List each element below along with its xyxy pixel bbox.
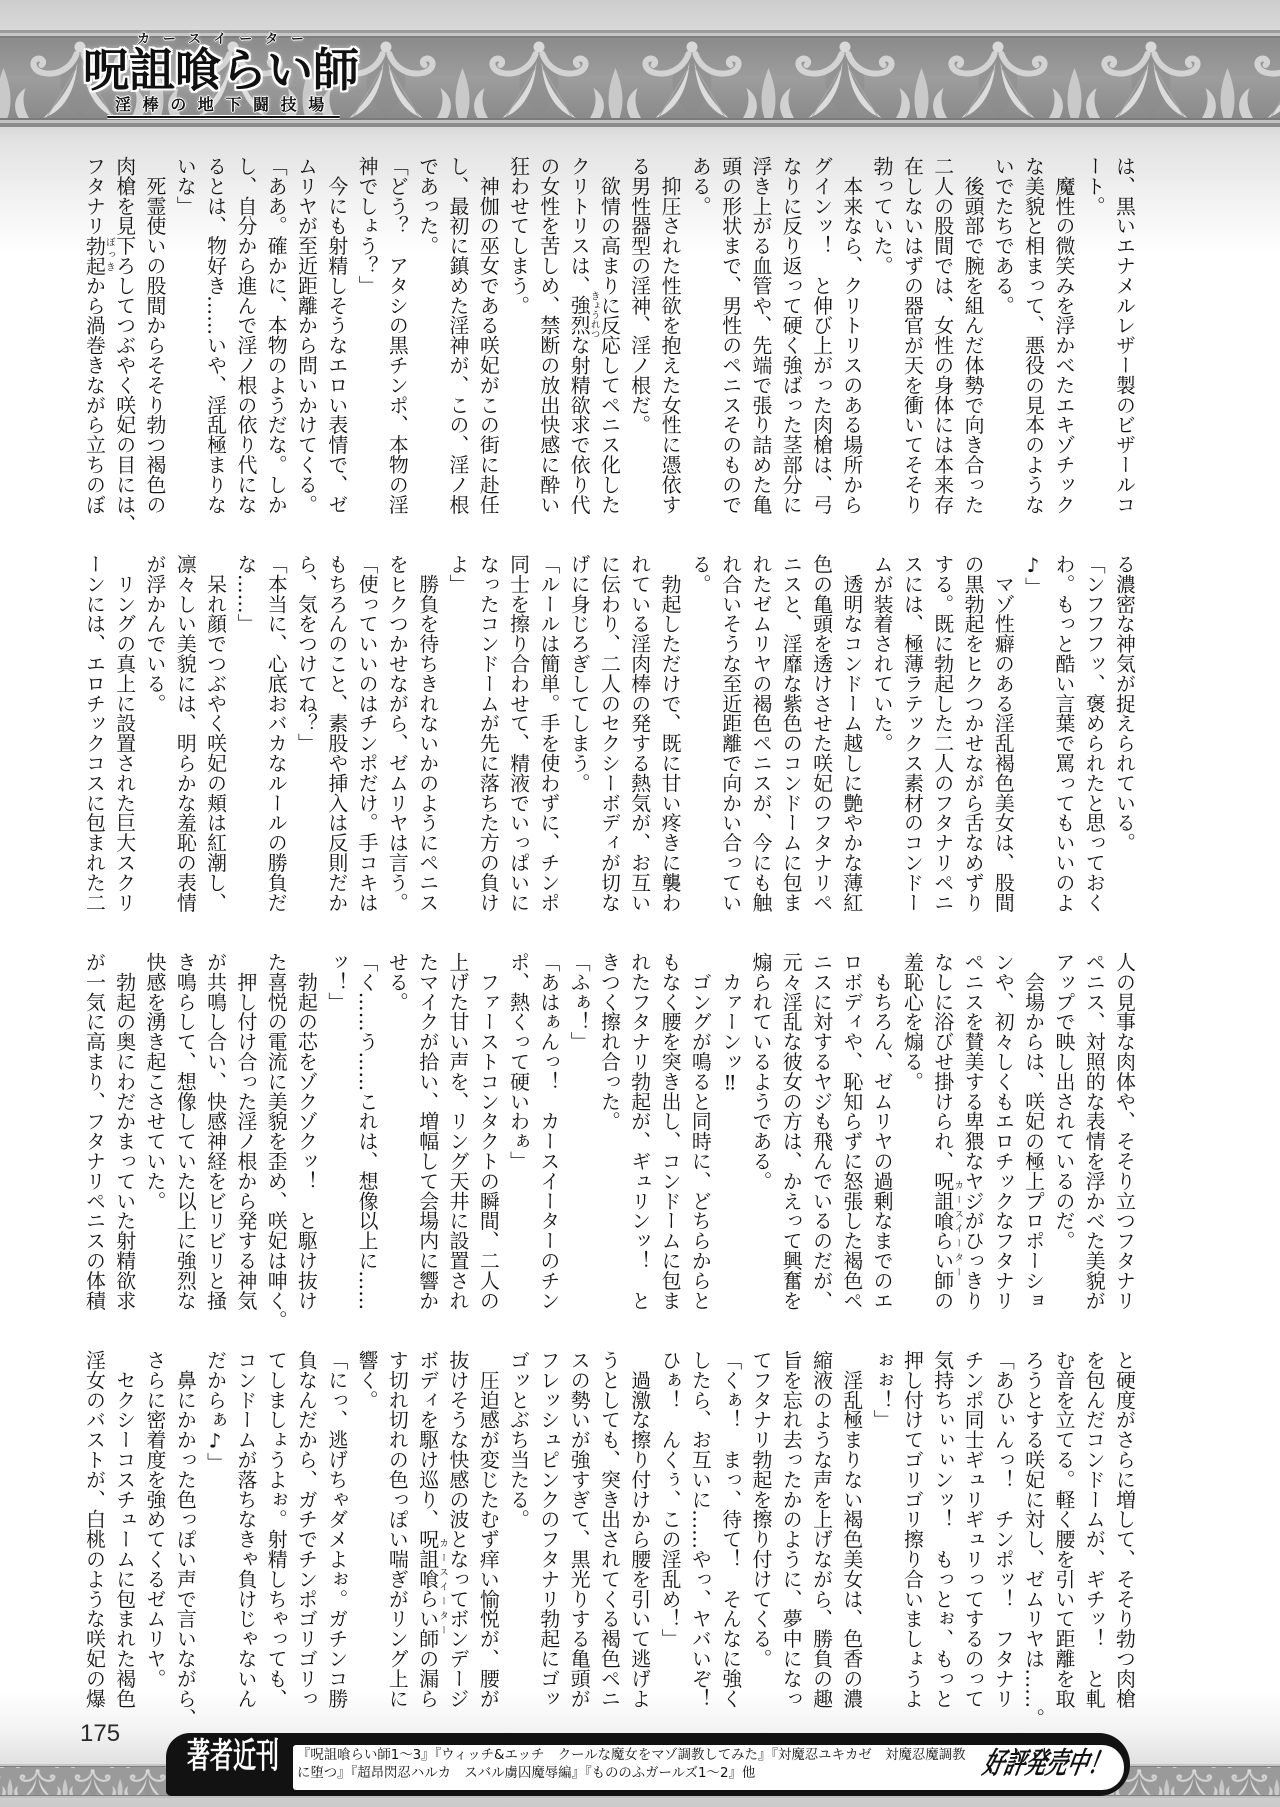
text-column: 今にも射精しそうなエロい表情で、ゼ bbox=[320, 156, 350, 514]
text-column: グインッ！ と伸び上がった肉槍は、弓 bbox=[805, 156, 835, 514]
text-column: 淫女のバストが、白桃のような咲妃の爆 bbox=[78, 1350, 108, 1708]
text-column: 過激な擦り付けから腰を引いて逃げよ bbox=[623, 1350, 653, 1708]
text-column: 勃っていた。 bbox=[866, 156, 896, 514]
text-segment: から渦巻きながら立ちのぼ bbox=[82, 275, 105, 514]
text-column: わ。もっと酷い言葉で罵ってもいいのよ bbox=[1048, 554, 1078, 912]
text-column: 会場からは、咲妃の極上プロポーショ bbox=[1017, 952, 1047, 1310]
text-column: ムが装着されていた。 bbox=[866, 554, 896, 912]
text-column: ファーストコンタクトの瞬間、二人の bbox=[472, 952, 502, 1310]
text-column: ろうとする咲妃に対し、ゼムリヤは……。 bbox=[1017, 1350, 1047, 1708]
text-column: ペニス、対照的な表情を浮かべた美貌が bbox=[1078, 952, 1108, 1310]
text-column: ゴッとぶち当たる。 bbox=[502, 1350, 532, 1708]
text-column: 勃起の奥にわだかまっていた射精欲求 bbox=[108, 952, 138, 1310]
text-column: 狂わせてしまう。 bbox=[502, 156, 532, 514]
text-column: ッ！」 bbox=[320, 952, 350, 1310]
text-column: ンや、初々しくもエロチックなフタナリ bbox=[987, 952, 1017, 1310]
book-list-line-2: に堕つ』『超昂閃忍ハルカ スバル虜囚魔辱編』『もののふガールズ1～2』他 bbox=[297, 1766, 755, 1782]
text-column: であった。 bbox=[411, 156, 441, 514]
text-column: だからぁ♪」 bbox=[199, 1350, 229, 1708]
text-column: 「本当に、心底おバカなルールの勝負だ bbox=[260, 554, 290, 912]
text-column: コンドームが落ちなきゃ負けじゃないん bbox=[230, 1350, 260, 1708]
text-column: 「あはぁんっ！ カースイーターのチン bbox=[533, 952, 563, 1310]
text-column: る。 bbox=[684, 554, 714, 912]
text-column: 鼻にかかった色っぽい声で言いながら、 bbox=[169, 1350, 199, 1708]
text-tier-4: と硬度がさらに増して、そそり勃つ肉槍 を包んだコンドームが、ギチッ！ と軋 む音… bbox=[78, 1350, 1139, 1730]
text-column: 勃起しただけで、既に甘い疼きに襲わ bbox=[654, 554, 684, 912]
text-column: 煽られているようである。 bbox=[745, 952, 775, 1310]
text-column: 縮液のような声を上げながら、勝負の趣 bbox=[805, 1350, 835, 1708]
text-column: な美貌と相まって、悪役の見本のような bbox=[1017, 156, 1047, 514]
text-column: れている淫肉棒の発する熱気が、お互い bbox=[623, 554, 653, 912]
text-column: 肉槍を見下ろしてつぶやく咲妃の目には、 bbox=[108, 156, 138, 514]
text-column: クリトリスは、強烈きょうれつな射精欲求で依り代 bbox=[563, 156, 593, 514]
text-tier-2: る濃密な神気が捉えられている。 「ンフフフッ、褒められたと思っておく わ。もっと… bbox=[78, 554, 1139, 934]
text-column: 負なんだから、ガチでチンポゴリゴリっ bbox=[290, 1350, 320, 1708]
text-column: さらに密着度を強めてくるゼムリヤ。 bbox=[139, 1350, 169, 1708]
text-column: 凛々しい美貌には、明らかな羞恥の表情 bbox=[169, 554, 199, 912]
text-column: フレッシュピンクのフタナリ勃起にゴッ bbox=[533, 1350, 563, 1708]
text-column: な……」 bbox=[230, 554, 260, 912]
text-segment: な射精欲求で依り代 bbox=[567, 335, 590, 514]
on-sale-tagline: 好評発売中！ bbox=[980, 1748, 1113, 1779]
text-column: 旨を忘れ去ったかのように、夢中になっ bbox=[775, 1350, 805, 1708]
text-column: 「くぁ！ まっ、待て！ そんなに強く bbox=[714, 1350, 744, 1708]
text-column: マゾ性癖のある淫乱褐色美女は、股間 bbox=[987, 554, 1017, 912]
text-column: 抑圧された性欲を抱えた女性に憑依す bbox=[654, 156, 684, 514]
text-column: 神伽の巫女である咲妃がこの街に赴任 bbox=[472, 156, 502, 514]
subtitle-underline bbox=[107, 116, 340, 118]
ruby-base: 呪詛喰らい師カースイーター bbox=[931, 1171, 954, 1290]
text-column: 「ンフフフッ、褒められたと思っておく bbox=[1078, 554, 1108, 912]
text-column: もなく腰を突き出し、コンドームに包ま bbox=[654, 952, 684, 1310]
text-column: 元々淫乱な彼女の方は、かえって興奮を bbox=[775, 952, 805, 1310]
text-column: ♪」 bbox=[1017, 554, 1047, 912]
text-column: が一気に高まり、フタナリペニスの体積 bbox=[78, 952, 108, 1310]
text-column: し、自分から進んで淫ノ根の依り代にな bbox=[230, 156, 260, 514]
ruby-text: カースイーター bbox=[438, 1538, 448, 1640]
text-column: 「あひぃんっ！ チンポッ！ フタナリ bbox=[987, 1350, 1017, 1708]
text-column: の黒勃起をヒクつかせながら舌なめずり bbox=[957, 554, 987, 912]
ruby-text: きょうれつ bbox=[589, 291, 599, 339]
text-tier-1: は、黒いエナメルレザー製のビザールコ ート。 魔性の微笑みを浮かべたエキゾチック… bbox=[78, 156, 1139, 536]
text-column: いでたちである。 bbox=[987, 156, 1017, 514]
text-column: ゴングが鳴ると同時に、どちらからと bbox=[684, 952, 714, 1310]
text-column: ひぁ！ んくぅ、この淫乱め！」 bbox=[654, 1350, 684, 1708]
text-segment: クリトリスは、 bbox=[567, 156, 590, 295]
text-column: 淫乱極まりない褐色美女は、色香の濃 bbox=[836, 1350, 866, 1708]
text-column: よ」 bbox=[442, 554, 472, 912]
text-column: ある。 bbox=[684, 156, 714, 514]
text-column: た喜悦の電流に美貌を歪め、咲妃は呻く。 bbox=[260, 952, 290, 1310]
text-column: が浮かんでいる。 bbox=[139, 554, 169, 912]
text-column: ら、気をつけてね？」 bbox=[290, 554, 320, 912]
text-column: に伝わり、二人のセクシーボディが切な bbox=[593, 554, 623, 912]
text-column: たマイクが拾い、増幅して会場内に響か bbox=[411, 952, 441, 1310]
author-new-releases-banner: 著者近刊 『呪詛喰らい師1～3』『ウィッチ&エッチ クールな魔女をマゾ調教してみ… bbox=[166, 1733, 1130, 1796]
text-column: 「にっ、逃げちゃダメよぉ。ガチンコ勝 bbox=[320, 1350, 350, 1708]
text-column: カァーンッ‼ bbox=[714, 952, 744, 1310]
text-segment: の bbox=[931, 1290, 954, 1310]
text-column: の女性を苦しめ、禁断の放出快感に酔い bbox=[533, 156, 563, 514]
text-column: き鳴らして、想像していた以上に強烈な bbox=[169, 952, 199, 1310]
text-column: ニスに対するヤジも飛んでいるのだが、 bbox=[805, 952, 835, 1310]
new-releases-label: 著者近刊 bbox=[187, 1739, 279, 1775]
text-column: てしましょうよぉ。射精しちゃっても、 bbox=[260, 1350, 290, 1708]
text-column: もちろん、ゼムリヤの過剰なまでのエ bbox=[866, 952, 896, 1310]
text-column: 後頭部で腕を組んだ体勢で向き合った bbox=[957, 156, 987, 514]
text-column: 「使っていいのはチンポだけ。手コキは bbox=[351, 554, 381, 912]
text-column: 気持ちぃぃぃンッ！ もっとぉ、もっと bbox=[926, 1350, 956, 1708]
text-column: 響く。 bbox=[351, 1350, 381, 1708]
text-column: ムリヤが至近距離から問いかけてくる。 bbox=[290, 156, 320, 514]
text-column: 透明なコンドーム越しに艶やかな薄紅 bbox=[836, 554, 866, 912]
text-column: きつく擦れ合った。 bbox=[593, 952, 623, 1310]
ruby-base-text: 勃起 bbox=[82, 236, 105, 276]
text-column: るとは、物好き……いや、淫乱極まりな bbox=[199, 156, 229, 514]
text-column: れたフタナリ勃起が、ギュリンッ！ と bbox=[623, 952, 653, 1310]
text-column: 押し付け合った淫ノ根から発する神気 bbox=[230, 952, 260, 1310]
text-column: 勃起の芯をゾクゾクッ！ と駆け抜け bbox=[290, 952, 320, 1310]
text-column: 勝負を待ちきれないかのようにペニス bbox=[411, 554, 441, 912]
text-column: ニスと、淫靡な紫色のコンドームに包ま bbox=[775, 554, 805, 912]
page-number: 175 bbox=[80, 1720, 120, 1748]
text-column: もちろんのこと、素股や挿入は反則だか bbox=[320, 554, 350, 912]
text-column: 人の見事な肉体や、そそり立つフタナリ bbox=[1108, 952, 1138, 1310]
text-column: 圧迫感が変じたむず痒い愉悦が、腰が bbox=[472, 1350, 502, 1708]
text-column: 浮き上がる血管や、先端で張り詰めた亀 bbox=[745, 156, 775, 514]
text-column: 押し付けてゴリゴリ擦り合いましょうよ bbox=[896, 1350, 926, 1708]
book-title: 呪詛喰らい師 bbox=[83, 46, 359, 94]
text-column: 抜けそうな快感の波となってボンデージ bbox=[442, 1350, 472, 1708]
text-column: ート。 bbox=[1078, 156, 1108, 514]
ruby-base: 強烈きょうれつ bbox=[567, 295, 590, 335]
ruby-base: 呪詛喰らい師カースイーター bbox=[416, 1529, 439, 1648]
text-column: 「ルールは簡単。手を使わずに、チンポ bbox=[533, 554, 563, 912]
text-column: 在しないはずの器官が天を衝いてそそり bbox=[896, 156, 926, 514]
text-column: ぉぉ！」 bbox=[866, 1350, 896, 1708]
text-column: 頭の形状まで、男性のペニスそのもので bbox=[714, 156, 744, 514]
text-column: ロボディや、恥知らずに怒張した褐色ペ bbox=[836, 952, 866, 1310]
text-column: なりに反り返って硬く強ばった茎部分に bbox=[775, 156, 805, 514]
text-tier-3: 人の見事な肉体や、そそり立つフタナリ ペニス、対照的な表情を浮かべた美貌が アッ… bbox=[78, 952, 1139, 1332]
text-column: スの勢いが強すぎて、黒光りする亀頭が bbox=[563, 1350, 593, 1708]
text-column: したら、お互いに……やっ、ヤバいぞ！ bbox=[684, 1350, 714, 1708]
text-column: 「ふぁ！」 bbox=[563, 952, 593, 1310]
text-column: リングの真上に設置された巨大スクリ bbox=[108, 554, 138, 912]
text-column: 神でしょう？」 bbox=[351, 156, 381, 514]
text-column: 快感を湧き起こさせていた。 bbox=[139, 952, 169, 1310]
text-segment: の漏ら bbox=[416, 1649, 439, 1709]
text-column: す切れ切れの色っぽい喘ぎがリング上に bbox=[381, 1350, 411, 1708]
text-column: アップで映し出されているのだ。 bbox=[1048, 952, 1078, 1310]
ruby-base-text: 強烈 bbox=[567, 295, 590, 335]
text-column: 本来なら、クリトリスのある場所から bbox=[836, 156, 866, 514]
text-column: が共鳴し合い、快感神経をビリビリと掻 bbox=[199, 952, 229, 1310]
book-list-line-1: 『呪詛喰らい師1～3』『ウィッチ&エッチ クールな魔女をマゾ調教してみた』『対魔… bbox=[297, 1748, 965, 1764]
text-column: スには、極薄ラテックス素材のコンドー bbox=[896, 554, 926, 912]
text-column: せる。 bbox=[381, 952, 411, 1310]
text-column: 魔性の微笑みを浮かべたエキゾチック bbox=[1048, 156, 1078, 514]
text-column: なったコンドームが先に落ちた方の負け bbox=[472, 554, 502, 912]
text-column: 同士を擦り合わせて、精液でいっぱいに bbox=[502, 554, 532, 912]
text-column: をヒクつかせながら、ゼムリヤは言う。 bbox=[381, 554, 411, 912]
ruby-text: ぼっき bbox=[104, 237, 114, 275]
text-segment: ボディを駆け巡り、 bbox=[416, 1350, 439, 1529]
text-column: 二人の股間では、女性の身体には本来存 bbox=[926, 156, 956, 514]
text-column: 上げた甘い声を、リング天井に設置され bbox=[442, 952, 472, 1310]
book-list-box: 『呪詛喰らい師1～3』『ウィッチ&エッチ クールな魔女をマゾ調教してみた』『対魔… bbox=[293, 1745, 1124, 1790]
text-column: いな」 bbox=[169, 156, 199, 514]
ruby-base-text: 呪詛喰らい師 bbox=[931, 1171, 954, 1290]
text-column: げに身じろぎしてしまう。 bbox=[563, 554, 593, 912]
text-column: セクシーコスチュームに包まれた褐色 bbox=[108, 1350, 138, 1708]
text-column: る濃密な神気が捉えられている。 bbox=[1108, 554, 1138, 912]
book-subtitle: 淫棒の地下闘技場 bbox=[115, 96, 336, 114]
text-column: 「く……う……これは、想像以上に…… bbox=[351, 952, 381, 1310]
text-column: は、黒いエナメルレザー製のビザールコ bbox=[1108, 156, 1138, 514]
text-column: 羞恥心を煽る。 bbox=[896, 952, 926, 1310]
text-column: ーンには、エロチックコスに包まれた二 bbox=[78, 554, 108, 912]
text-column: 色の亀頭を透けさせた咲妃のフタナリペ bbox=[805, 554, 835, 912]
text-column: れたゼムリヤの褐色ペニスが、今にも触 bbox=[745, 554, 775, 912]
text-column: チンポ同士ギュリギュリってするのって bbox=[957, 1350, 987, 1708]
text-column: する。既に勃起した二人のフタナリペニ bbox=[926, 554, 956, 912]
text-column: 「どう？ アタシの黒チンポ、本物の淫 bbox=[381, 156, 411, 514]
ruby-text: カースイーター bbox=[953, 1180, 963, 1282]
text-column: ポ、熱くって硬いわぁ」 bbox=[502, 952, 532, 1310]
text-column: 「ああ。確かに、本物のようだな。しか bbox=[260, 156, 290, 514]
ruby-base: 勃起ぼっき bbox=[82, 236, 105, 276]
text-column: なしに浴びせ掛けられ、呪詛喰らい師カースイーターの bbox=[926, 952, 956, 1310]
text-column: れ合いそうな至近距離で向かい合ってい bbox=[714, 554, 744, 912]
text-column: を包んだコンドームが、ギチッ！ と軋 bbox=[1078, 1350, 1108, 1708]
text-column: る男性器型の淫神、淫ノ根だ。 bbox=[623, 156, 653, 514]
text-column: 呆れ顔でつぶやく咲妃の頬は紅潮し、 bbox=[199, 554, 229, 912]
text-column: てフタナリ勃起を擦り付けてくる。 bbox=[745, 1350, 775, 1708]
text-column: し、最初に鎮めた淫神が、この、淫ノ根 bbox=[442, 156, 472, 514]
text-column: フタナリ勃起ぼっきから渦巻きながら立ちのぼ bbox=[78, 156, 108, 514]
text-column: 死霊使いの股間からそそり勃つ褐色の bbox=[139, 156, 169, 514]
text-column: うとしても、突き出されてくる褐色ペニ bbox=[593, 1350, 623, 1708]
text-column: ボディを駆け巡り、呪詛喰らい師カースイーターの漏ら bbox=[411, 1350, 441, 1708]
text-segment: なしに浴びせ掛けられ、 bbox=[931, 952, 954, 1171]
ruby-base-text: 呪詛喰らい師 bbox=[416, 1529, 439, 1648]
text-column: と硬度がさらに増して、そそり勃つ肉槍 bbox=[1108, 1350, 1138, 1708]
text-segment: フタナリ bbox=[82, 156, 105, 236]
text-column: む音を立てる。軽く腰を引いて距離を取 bbox=[1048, 1350, 1078, 1708]
